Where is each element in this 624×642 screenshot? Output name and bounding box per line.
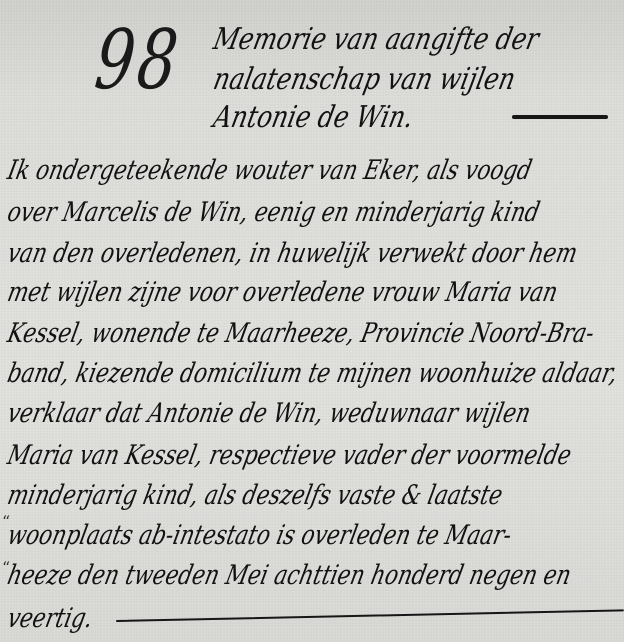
body-line-5: Kessel, wonende te Maarheeze, Provincie … [5, 318, 597, 349]
body-line-11: heeze den tweeden Mei achttien honderd n… [5, 560, 574, 591]
body-line-10: woonplaats ab-intestato is overleden te … [5, 520, 515, 551]
body-line-1: Ik ondergeteekende wouter van Eker, als … [5, 155, 535, 186]
body-line-4: met wijlen zijne voor overledene vrouw M… [5, 277, 561, 308]
margin-mark-2: “ [2, 558, 10, 577]
body-line-8: Maria van Kessel, respectieve vader der … [5, 440, 574, 471]
title-line-2: nalatenschap van wijlen [210, 62, 518, 97]
body-line-2: over Marcelis de Win, eenig en minderjar… [5, 197, 543, 228]
body-line-7: verklaar dat Antonie de Win, weduwnaar w… [5, 398, 534, 429]
body-line-6: band, kiezende domicilium te mijnen woon… [5, 358, 621, 389]
closing-rule [116, 609, 624, 622]
title-line-3: Antonie de Win. [210, 100, 416, 135]
folio-number: 98 [91, 20, 184, 102]
document-page: 98 Memorie van aangifte der nalatenschap… [0, 0, 624, 642]
body-line-9: minderjarig kind, als deszelfs vaste & l… [5, 480, 506, 511]
margin-mark-1: “ [2, 512, 10, 531]
title-end-rule [512, 115, 608, 119]
body-line-12: veertig. [5, 603, 96, 634]
title-line-1: Memorie van aangifte der [210, 22, 542, 57]
body-line-3: van den overledenen, in huwelijk verwekt… [5, 238, 580, 269]
